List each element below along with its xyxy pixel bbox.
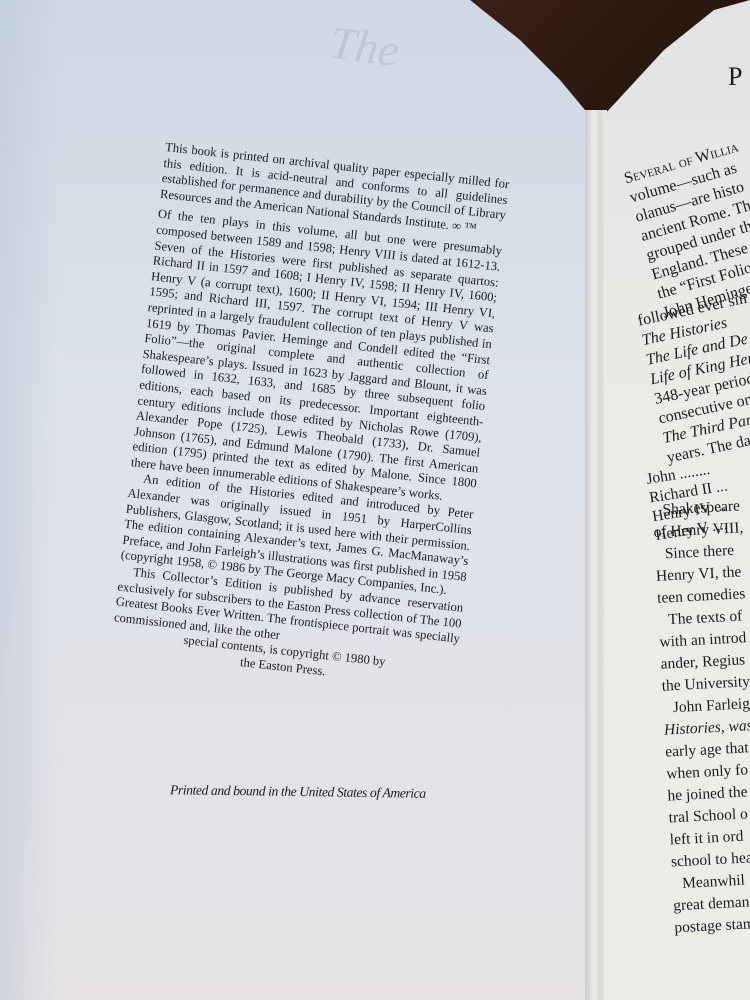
preface-line: postage stam xyxy=(674,913,750,940)
publication-history-paragraph: Of the ten plays in this volume, all but… xyxy=(130,207,503,508)
preface-heading: P xyxy=(728,62,742,92)
copyright-notice: This book is printed on archival quality… xyxy=(110,140,510,694)
show-through-text: The xyxy=(327,15,403,77)
book-gutter xyxy=(585,110,607,1000)
